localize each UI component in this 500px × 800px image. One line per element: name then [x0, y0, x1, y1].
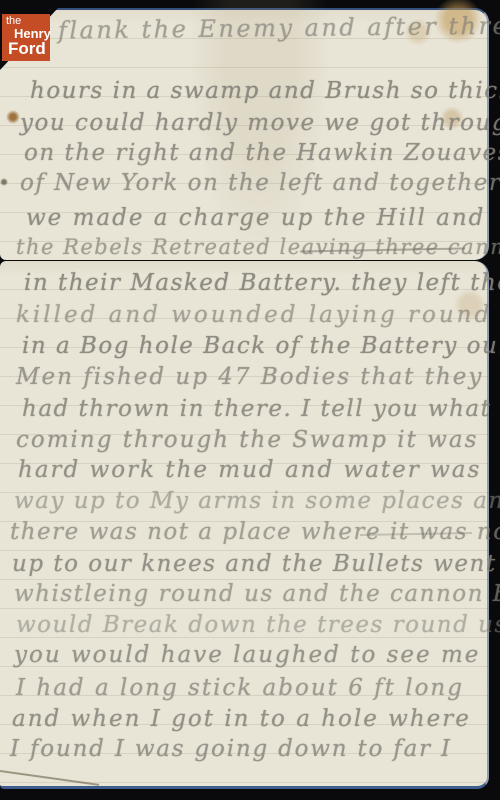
letter-photo: flank the Enemy and after three hours in…	[0, 0, 500, 800]
letter-line: and when I got in to a hole where	[12, 706, 471, 732]
letter-line: had thrown in there. I tell you what	[22, 396, 491, 422]
letter-line: killed and wounded laying round	[16, 302, 492, 328]
letter-line: coming through the Swamp it was	[16, 427, 478, 453]
logo-text-ford: Ford	[8, 39, 46, 59]
letter-line: hard work the mud and water was	[18, 457, 481, 483]
letter-line: up to our knees and the Bullets went	[12, 551, 497, 577]
letter-line: on the right and the Hawkin Zouaves	[24, 140, 500, 166]
letter-line: Men fished up 47 Bodies that they	[16, 364, 483, 390]
letter-line: way up to My arms in some places and	[14, 488, 500, 514]
henry-ford-logo: the Henry Ford	[2, 14, 50, 61]
letter-line: you could hardly move we got through	[20, 110, 500, 136]
letter-line: I had a long stick about 6 ft long	[16, 675, 464, 701]
letter-line: I found I was going down to far I	[10, 736, 452, 762]
letter-line: in their Masked Battery. they left their	[24, 270, 500, 296]
letter-line: you would have laughed to see me	[14, 642, 480, 668]
letter-line: in a Bog hole Back of the Battery our	[22, 333, 500, 359]
letter-line: would Break down the trees round us	[16, 612, 500, 638]
letter-line: flank the Enemy and after three	[58, 12, 500, 45]
letter-line: whistleing round us and the cannon Balls	[14, 581, 500, 607]
letter-line: we made a charge up the Hill and	[26, 205, 485, 231]
letter-line: the Rebels Retreated leaving three canno…	[16, 235, 500, 259]
letter-line: of New York on the left and together	[20, 170, 500, 196]
letter-line: hours in a swamp and Brush so thick	[30, 78, 500, 104]
